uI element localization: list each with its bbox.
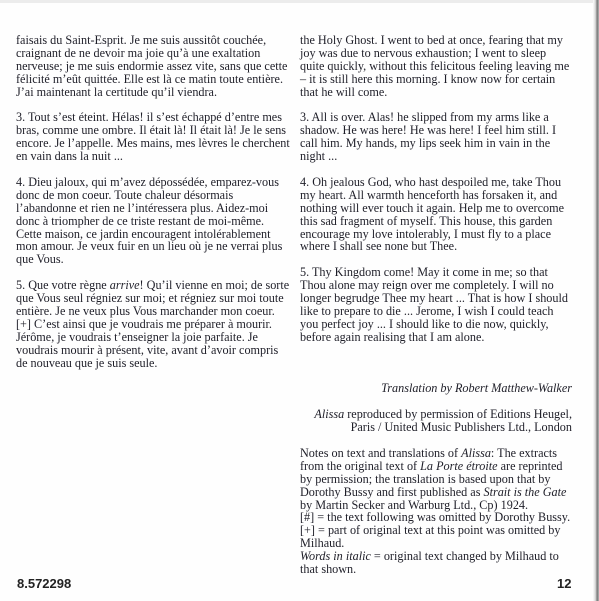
text: Paris / United Music Publishers Ltd., Lo… [351,420,572,434]
english-paragraph-5: 5. Thy Kingdom come! May it come in me; … [300,266,572,343]
french-paragraph-3: 3. Tout s’est éteint. Hélas! il s’est éc… [16,111,291,163]
work-title: Alissa [314,407,344,421]
french-paragraph-2-end: faisais du Saint-Esprit. Je me suis auss… [16,34,291,99]
page-top-edge [0,0,599,3]
book-title: Strait is the Gate [483,485,566,499]
translation-notes: Notes on text and translations of Alissa… [300,447,572,576]
italic-word: arrive [110,278,140,292]
page-binding-edge [593,0,599,601]
text: ! Qu’il vienne en moi; de sorte que Vous… [16,278,289,369]
french-text-column: faisais du Saint-Esprit. Je me suis auss… [16,34,291,382]
catalogue-number: 8.572298 [17,576,71,591]
english-text-column: the Holy Ghost. I went to bed at once, f… [300,34,572,576]
translation-credit: Translation by Robert Matthew-Walker [300,382,572,395]
french-paragraph-4: 4. Dieu jaloux, qui m’avez dépossédée, e… [16,176,291,266]
text: reproduced by permission of Editions Heu… [344,407,572,421]
text: Notes on text and translations of [300,446,461,460]
english-paragraph-4: 4. Oh jealous God, who hast despoiled me… [300,176,572,253]
note-italic: Words in italic = original text changed … [300,550,572,576]
note-plus: [+] = part of original text at this poin… [300,524,572,550]
work-title: Alissa [461,446,491,460]
text: by Martin Secker and Warburg Ltd., Cp) 1… [300,498,528,512]
french-paragraph-5: 5. Que votre règne arrive! Qu’il vienne … [16,279,291,369]
permission-notice: Alissa reproduced by permission of Editi… [300,408,572,434]
book-title: La Porte étroite [420,459,497,473]
english-paragraph-2-end: the Holy Ghost. I went to bed at once, f… [300,34,572,99]
text: 5. Que votre règne [16,278,110,292]
english-paragraph-3: 3. All is over. Alas! he slipped from my… [300,111,572,163]
notes-intro: Notes on text and translations of Alissa… [300,447,572,512]
page-number: 12 [557,576,571,591]
italic-label: Words in italic [300,549,371,563]
spacer [300,357,572,370]
